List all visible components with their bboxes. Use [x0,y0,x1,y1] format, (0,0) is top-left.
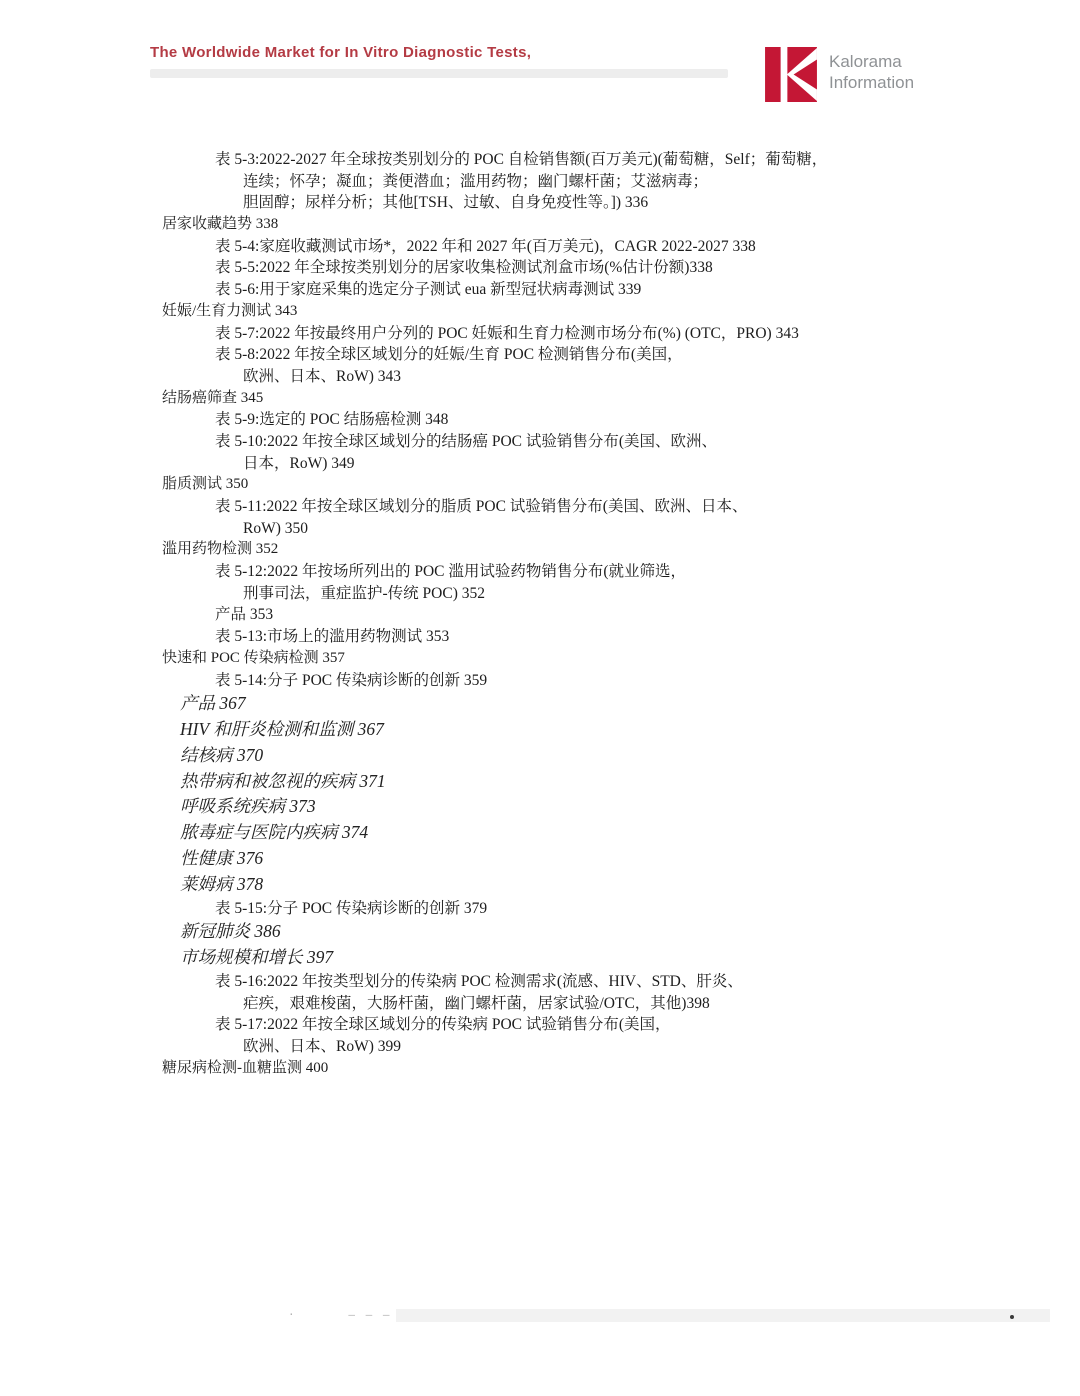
toc-line: 脂质测试 350 [0,474,1080,496]
toc-line: 表 5-12:2022 年按场所列出的 POC 滥用试验药物销售分布(就业筛选， [0,561,1080,583]
footer-highlight-bar [396,1309,1050,1322]
toc-line: RoW) 350 [0,518,1080,540]
toc-line: 莱姆病 378 [0,872,1080,898]
header-divider [150,69,728,78]
toc-line: 连续；怀孕；凝血；粪便潜血；滥用药物；幽门螺杆菌；艾滋病毒； [0,171,1080,193]
toc-line: 胆固醇；尿样分析；其他[TSH、过敏、自身免疫性等。]) 336 [0,192,1080,214]
toc-line: 表 5-13:市场上的滥用药物测试 353 [0,626,1080,648]
toc-line: 表 5-11:2022 年按全球区域划分的脂质 POC 试验销售分布(美国、欧洲… [0,496,1080,518]
toc-line: 呼吸系统疾病 373 [0,794,1080,820]
toc-line: 表 5-7:2022 年按最终用户分列的 POC 妊娠和生育力检测市场分布(%)… [0,323,1080,345]
toc-line: HIV 和肝炎检测和监测 367 [0,717,1080,743]
toc-line: 糖尿病检测-血糖监测 400 [0,1058,1080,1080]
toc-line: 表 5-5:2022 年全球按类别划分的居家收集检测试剂盒市场(%估计份额)33… [0,257,1080,279]
toc-list: 表 5-3:2022-2027 年全球按类别划分的 POC 自检销售额(百万美元… [0,149,1080,1079]
toc-line: 快速和 POC 传染病检测 357 [0,648,1080,670]
toc-line: 刑事司法，重症监护-传统 POC) 352 [0,583,1080,605]
footer-period-dot [1010,1315,1014,1319]
toc-line: 表 5-16:2022 年按类型划分的传染病 POC 检测需求(流感、HIV、S… [0,971,1080,993]
toc-line: 欧洲、日本、RoW) 343 [0,366,1080,388]
toc-line: 欧洲、日本、RoW) 399 [0,1036,1080,1058]
toc-line: 表 5-3:2022-2027 年全球按类别划分的 POC 自检销售额(百万美元… [0,149,1080,171]
kalorama-logo-icon [765,47,817,102]
toc-line: 妊娠/生育力测试 343 [0,301,1080,323]
toc-line: 滥用药物检测 352 [0,539,1080,561]
toc-line: 居家收藏趋势 338 [0,214,1080,236]
kalorama-wordmark: Kalorama Information [829,51,914,93]
toc-line: 表 5-4:家庭收藏测试市场*，2022 年和 2027 年(百万美元)，CAG… [0,236,1080,258]
toc-line: 产品 367 [0,691,1080,717]
toc-line: 表 5-10:2022 年按全球区域划分的结肠癌 POC 试验销售分布(美国、欧… [0,431,1080,453]
toc-line: 热带病和被忽视的疾病 371 [0,769,1080,795]
kalorama-wordmark-line2: Information [829,72,914,93]
toc-line: 脓毒症与医院内疾病 374 [0,820,1080,846]
toc-line: 产品 353 [0,604,1080,626]
kalorama-wordmark-line1: Kalorama [829,51,914,72]
toc-line: 表 5-6:用于家庭采集的选定分子测试 eua 新型冠状病毒测试 339 [0,279,1080,301]
toc-line: 表 5-15:分子 POC 传染病诊断的创新 379 [0,898,1080,920]
toc-line: 表 5-14:分子 POC 传染病诊断的创新 359 [0,670,1080,692]
toc-line: 性健康 376 [0,846,1080,872]
report-title: The Worldwide Market for In Vitro Diagno… [150,44,531,61]
toc-line: 日本，RoW) 349 [0,453,1080,475]
toc-line: 市场规模和增长 397 [0,945,1080,971]
toc-line: 表 5-9:选定的 POC 结肠癌检测 348 [0,409,1080,431]
toc-line: 结核病 370 [0,743,1080,769]
toc-line: 表 5-17:2022 年按全球区域划分的传染病 POC 试验销售分布(美国， [0,1014,1080,1036]
toc-line: 新冠肺炎 386 [0,919,1080,945]
toc-line: 表 5-8:2022 年按全球区域划分的妊娠/生育 POC 检测销售分布(美国， [0,344,1080,366]
toc-line: 结肠癌筛查 345 [0,388,1080,410]
toc-line: 疟疾，艰难梭菌，大肠杆菌，幽门螺杆菌，居家试验/OTC，其他)398 [0,993,1080,1015]
